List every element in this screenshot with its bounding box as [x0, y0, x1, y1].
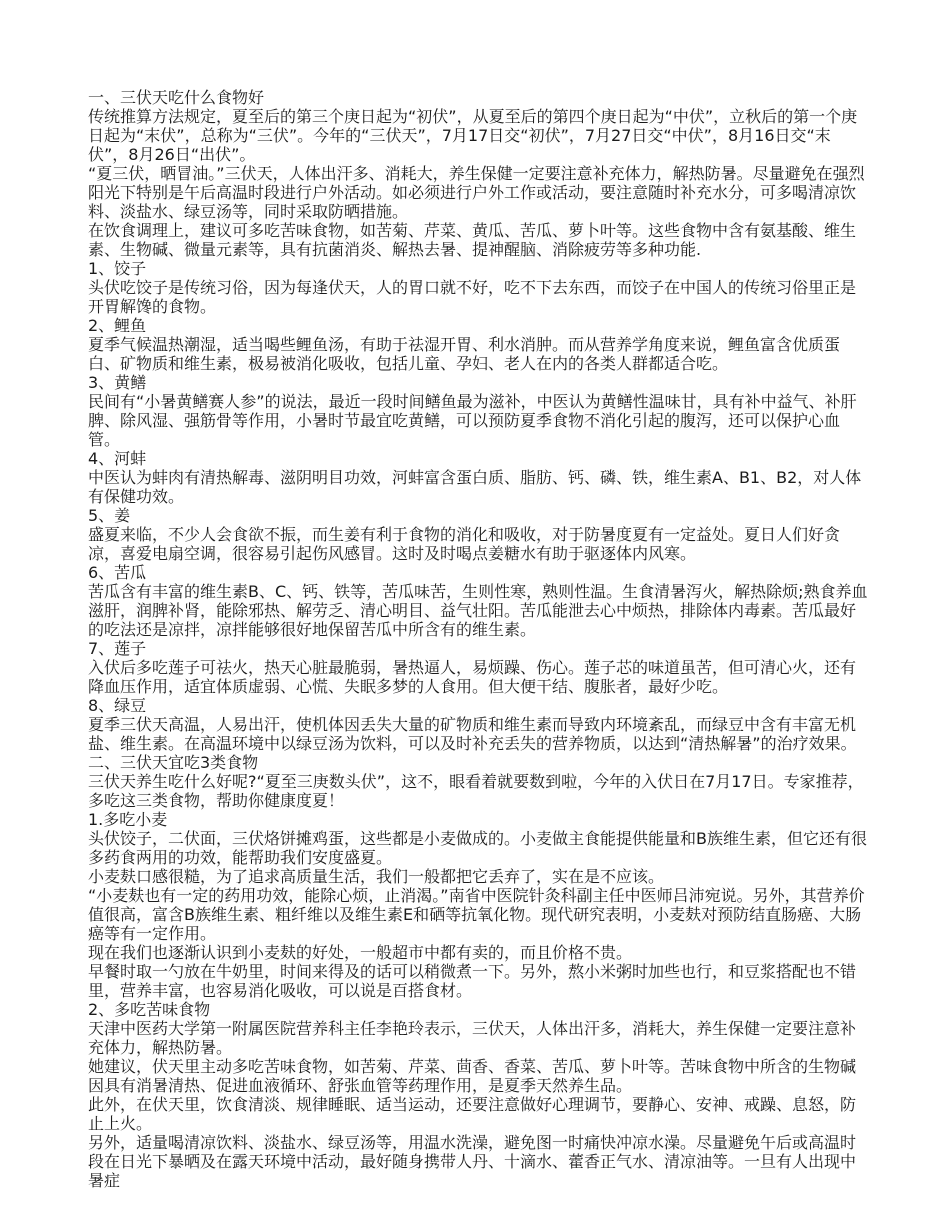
paragraph: 小麦麸口感很糙，为了追求高质量生活，我们一般都把它丢弃了，实在是不应该。 — [88, 867, 870, 886]
section-heading: 1、饺子 — [88, 259, 870, 278]
section-heading: 3、黄鳝 — [88, 373, 870, 392]
paragraph: 早餐时取一勺放在牛奶里，时间来得及的话可以稍微煮一下。另外，熬小米粥时加些也行，… — [88, 962, 870, 1000]
section-heading: 2、鲤鱼 — [88, 316, 870, 335]
paragraph: 此外，在伏天里，饮食清淡、规律睡眠、适当运动，还要注意做好心理调节，要静心、安神… — [88, 1095, 870, 1133]
section-heading: 一、三伏天吃什么食物好 — [88, 88, 870, 107]
paragraph: 传统推算方法规定，夏至后的第三个庚日起为“初伏”，从夏至后的第四个庚日起为“中伏… — [88, 107, 870, 164]
paragraph: 她建议，伏天里主动多吃苦味食物，如苦菊、芹菜、茴香、香菜、苦瓜、萝卜叶等。苦味食… — [88, 1057, 870, 1095]
paragraph: 民间有“小暑黄鳝赛人参”的说法，最近一段时间鳝鱼最为滋补，中医认为黄鳝性温味甘，… — [88, 392, 870, 449]
paragraph: 天津中医药大学第一附属医院营养科主任李艳玲表示，三伏天，人体出汗多，消耗大，养生… — [88, 1019, 870, 1057]
paragraph: “夏三伏，晒冒油。”三伏天，人体出汗多、消耗大，养生保健一定要注意补充体力，解热… — [88, 164, 870, 221]
section-heading: 2、多吃苦味食物 — [88, 1000, 870, 1019]
paragraph: 另外，适量喝清凉饮料、淡盐水、绿豆汤等，用温水洗澡，避免图一时痛快冲凉水澡。尽量… — [88, 1133, 870, 1190]
paragraph: 夏季三伏天高温，人易出汗，使机体因丢失大量的矿物质和维生素而导致内环境紊乱，而绿… — [88, 715, 870, 753]
document-page: 一、三伏天吃什么食物好传统推算方法规定，夏至后的第三个庚日起为“初伏”，从夏至后… — [0, 0, 950, 1230]
paragraph: 现在我们也逐渐认识到小麦麸的好处，一般超市中都有卖的，而且价格不贵。 — [88, 943, 870, 962]
paragraph: 苦瓜含有丰富的维生素B、C、钙、铁等，苦瓜味苦，生则性寒，熟则性温。生食清暑泻火… — [88, 582, 870, 639]
section-heading: 1.多吃小麦 — [88, 810, 870, 829]
section-heading: 二、三伏天宜吃3类食物 — [88, 753, 870, 772]
section-heading: 6、苦瓜 — [88, 563, 870, 582]
paragraph: 在饮食调理上，建议可多吃苦味食物，如苦菊、芹菜、黄瓜、苦瓜、萝卜叶等。这些食物中… — [88, 221, 870, 259]
section-heading: 7、莲子 — [88, 639, 870, 658]
paragraph: 头伏吃饺子是传统习俗，因为每逢伏天，人的胃口就不好，吃不下去东西，而饺子在中国人… — [88, 278, 870, 316]
paragraph: “小麦麸也有一定的药用功效，能除心烦，止消渴。”南省中医院针灸科副主任中医师吕沛… — [88, 886, 870, 943]
section-heading: 8、绿豆 — [88, 696, 870, 715]
section-heading: 4、河蚌 — [88, 449, 870, 468]
paragraph: 中医认为蚌肉有清热解毒、滋阴明目功效，河蚌富含蛋白质、脂肪、钙、磷、铁，维生素A… — [88, 468, 870, 506]
paragraph: 三伏天养生吃什么好呢?“夏至三庚数头伏”，这不，眼看着就要数到啦，今年的入伏日在… — [88, 772, 870, 810]
article-body: 一、三伏天吃什么食物好传统推算方法规定，夏至后的第三个庚日起为“初伏”，从夏至后… — [88, 88, 870, 1190]
paragraph: 夏季气候温热潮湿，适当喝些鲤鱼汤，有助于祛湿开胃、利水消肿。而从营养学角度来说，… — [88, 335, 870, 373]
paragraph: 头伏饺子，二伏面，三伏烙饼摊鸡蛋，这些都是小麦做成的。小麦做主食能提供能量和B族… — [88, 829, 870, 867]
paragraph: 盛夏来临，不少人会食欲不振，而生姜有利于食物的消化和吸收，对于防暑度夏有一定益处… — [88, 525, 870, 563]
section-heading: 5、姜 — [88, 506, 870, 525]
paragraph: 入伏后多吃莲子可祛火，热天心脏最脆弱，暑热逼人，易烦躁、伤心。莲子芯的味道虽苦，… — [88, 658, 870, 696]
